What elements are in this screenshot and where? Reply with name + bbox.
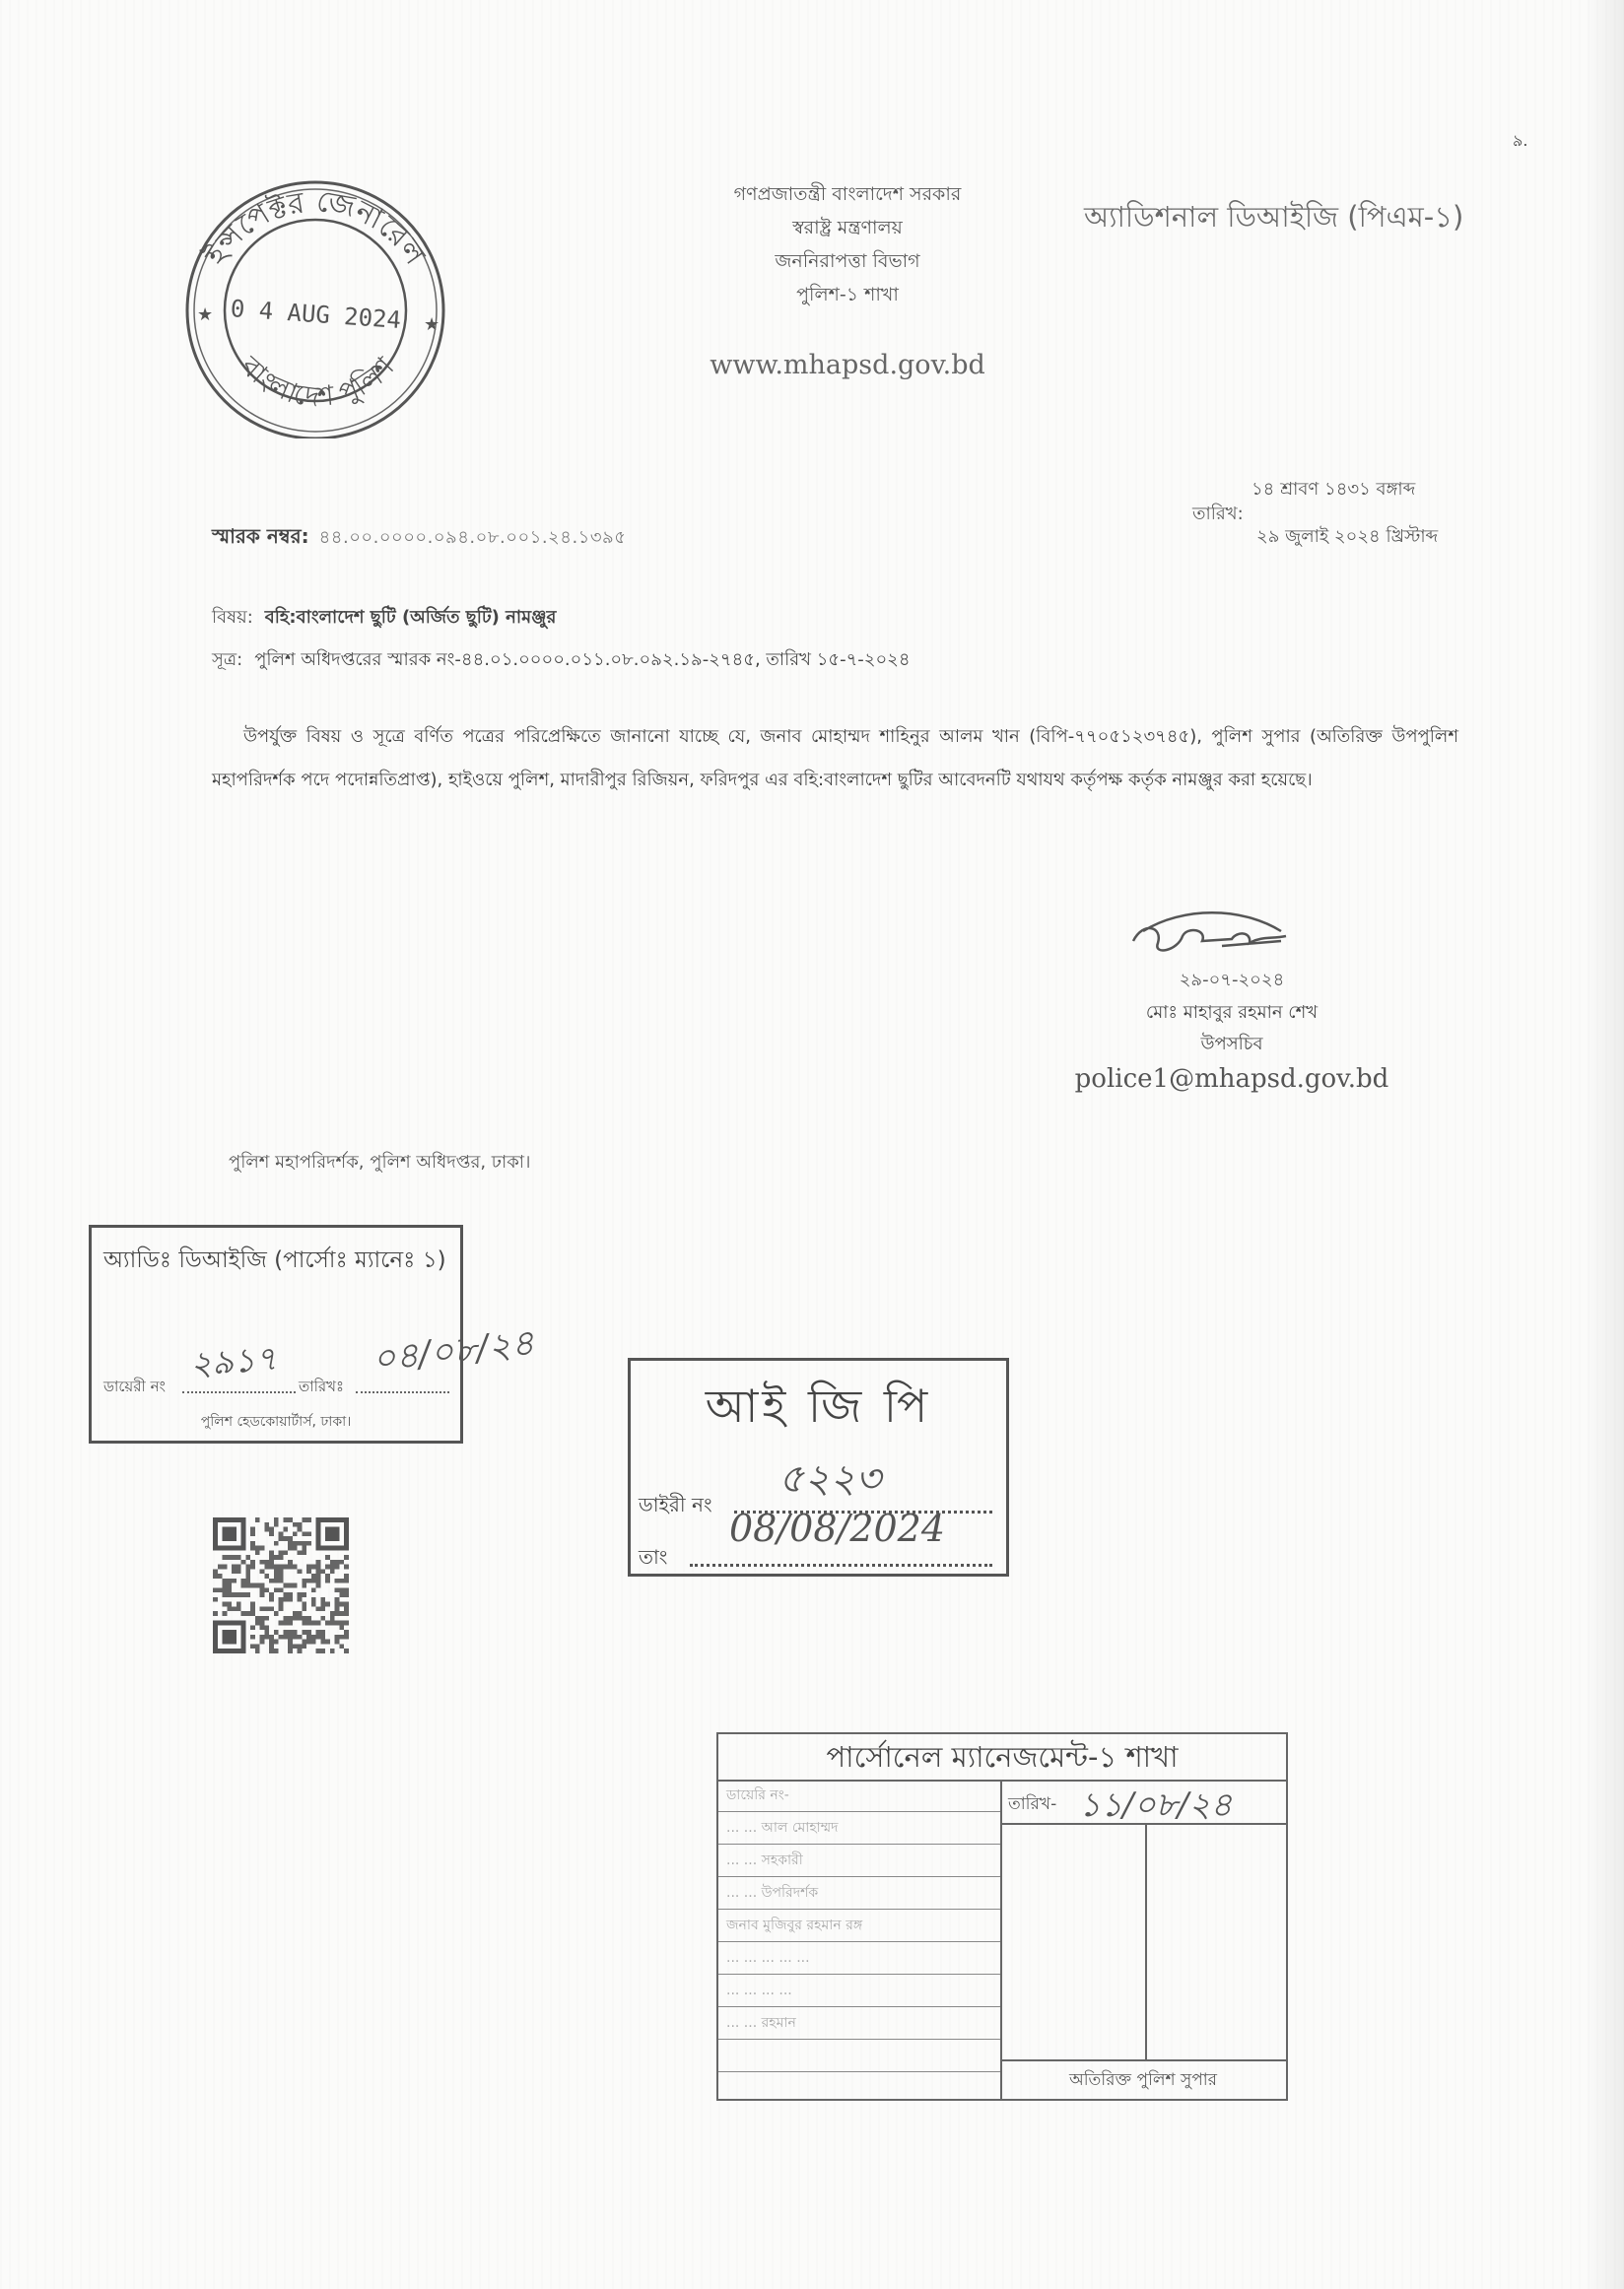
routing-row: ... ... ... ... ... xyxy=(718,1942,1000,1975)
diary-label: ডায়েরী নং xyxy=(103,1376,166,1400)
stamp-footer: পুলিশ হেডকোয়ার্টার্স, ঢাকা। xyxy=(92,1410,460,1434)
qr-code xyxy=(213,1517,349,1653)
letterhead-line: গণপ্রজাতন্ত্রী বাংলাদেশ সরকার xyxy=(611,177,1084,211)
routing-row xyxy=(718,2040,1000,2072)
stamp-footer: অতিরিক্ত পুলিশ সুপার xyxy=(1000,2059,1286,2099)
recipient: পুলিশ মহাপরিদর্শক, পুলিশ অধিদপ্তর, ঢাকা। xyxy=(229,1148,530,1178)
date-bangla: ১৪ শ্রাবণ ১৪৩১ বঙ্গাব্দ xyxy=(1252,475,1415,505)
reference-value: পুলিশ অধিদপ্তরের স্মারক নং-৪৪.০১.০০০০.০১… xyxy=(254,649,910,670)
memo-number: স্মারক নম্বর:৪৪.০০.০০০০.০৯৪.০৮.০০১.২৪.১৩… xyxy=(212,522,626,555)
igp-diary-stamp: আই জি পি ৫২২৩ ডাইরী নং 08/08/2024 তাং xyxy=(628,1358,1009,1577)
column-divider xyxy=(1145,1823,1147,2061)
signature-date: ২৯-০৭-২০২৪ xyxy=(1084,966,1380,996)
memo-value: ৪৪.০০.০০০০.০৯৪.০৮.০০১.২৪.১৩৯৫ xyxy=(319,527,627,548)
memo-label: স্মারক নম্বর: xyxy=(212,524,309,548)
dotted-line xyxy=(690,1546,992,1567)
reference-label: সূত্র: xyxy=(212,649,242,670)
handwritten-date: ১১/০৮/২৪ xyxy=(1079,1780,1232,1836)
website-link[interactable]: www.mhapsd.gov.bd xyxy=(611,350,1084,380)
svg-text:বাংলাদেশ পুলিশ: বাংলাদেশ পুলিশ xyxy=(234,349,400,413)
dotted-line xyxy=(182,1376,296,1393)
personnel-management-stamp: পার্সোনেল ম্যানেজমেন্ট-১ শাখা ডায়েরি নং… xyxy=(716,1732,1288,2101)
reference-line: সূত্র:পুলিশ অধিদপ্তরের স্মারক নং-৪৪.০১.০… xyxy=(212,645,911,676)
signatory-name: মোঃ মাহাবুর রহমান শেখ xyxy=(1084,998,1380,1029)
subject-value: বহি:বাংলাদেশ ছুটি (অর্জিত ছুটি) নামঞ্জুর xyxy=(265,607,557,628)
date-label: তাং xyxy=(639,1543,667,1576)
letterhead: গণপ্রজাতন্ত্রী বাংলাদেশ সরকার স্বরাষ্ট্র… xyxy=(611,177,1084,311)
date-label: তারিখ: xyxy=(1192,500,1244,530)
addl-dig-diary-stamp: অ্যাডিঃ ডিআইজি (পার্সোঃ ম্যানেঃ ১) ২৯১৭ … xyxy=(89,1225,463,1444)
letterhead-line: জননিরাপত্তা বিভাগ xyxy=(611,244,1084,278)
svg-text:0 4 AUG 2024: 0 4 AUG 2024 xyxy=(230,295,402,334)
routing-row: ... ... উপরিদর্শক xyxy=(718,1877,1000,1910)
routing-row: ডায়েরি নং- xyxy=(718,1780,1000,1812)
stamp-title: আই জি পি xyxy=(631,1373,1006,1447)
routing-row: ... ... রহমান xyxy=(718,2007,1000,2040)
signatory-title: উপসচিব xyxy=(1084,1030,1380,1060)
letterhead-line: পুলিশ-১ শাখা xyxy=(611,278,1084,311)
signature-scribble xyxy=(1123,902,1301,966)
date-english: ২৯ জুলাই ২০২৪ খ্রিস্টাব্দ xyxy=(1256,522,1438,553)
body-paragraph: উপর্যুক্ত বিষয় ও সূত্রে বর্ণিত পত্রের প… xyxy=(212,715,1458,802)
routing-row: ... ... ... ... xyxy=(718,1975,1000,2007)
letterhead-line: স্বরাষ্ট্র মন্ত্রণালয় xyxy=(611,211,1084,244)
dotted-line xyxy=(356,1376,449,1393)
stamp-title: পার্সোনেল ম্যানেজমেন্ট-১ শাখা xyxy=(718,1734,1286,1782)
handwritten-date: 08/08/2024 xyxy=(729,1507,945,1550)
subject-label: বিষয়: xyxy=(212,607,253,628)
igp-round-seal: ইন্সপেক্টর জেনারেল বাংলাদেশ পুলিশ 0 4 AU… xyxy=(163,172,468,438)
routing-row: জনাব মুজিবুর রহমান রঙ্গ xyxy=(718,1910,1000,1942)
subject-line: বিষয়:বহি:বাংলাদেশ ছুটি (অর্জিত ছুটি) না… xyxy=(212,603,556,634)
signatory-email[interactable]: police1@mhapsd.gov.bd xyxy=(1025,1064,1439,1094)
svg-text:★: ★ xyxy=(197,304,213,325)
date-label: তারিখ- xyxy=(1008,1791,1056,1819)
diary-label: ডাইরী নং xyxy=(639,1491,712,1523)
date-cell: তারিখ- ১১/০৮/২৪ xyxy=(1000,1780,1286,1825)
stamp-title: অ্যাডিঃ ডিআইজি (পার্সোঃ ম্যানেঃ ১) xyxy=(103,1242,446,1280)
svg-text:★: ★ xyxy=(424,314,440,335)
routing-list: ডায়েরি নং- ... ... আল মোহাম্মদ ... ... … xyxy=(718,1780,1002,2099)
date-label: তারিখঃ xyxy=(299,1376,344,1400)
addl-dig-stamp: অ্যাডিশনাল ডিআইজি (পিএম-১) xyxy=(1084,195,1463,243)
routing-row: ... ... আল মোহাম্মদ xyxy=(718,1812,1000,1845)
svg-text:ইন্সপেক্টর জেনারেল: ইন্সপেক্টর জেনারেল xyxy=(198,184,433,272)
corner-mark: ৯. xyxy=(1513,128,1527,155)
routing-row: ... ... সহকারী xyxy=(718,1845,1000,1877)
scan-edge-shadow xyxy=(1585,0,1624,2289)
